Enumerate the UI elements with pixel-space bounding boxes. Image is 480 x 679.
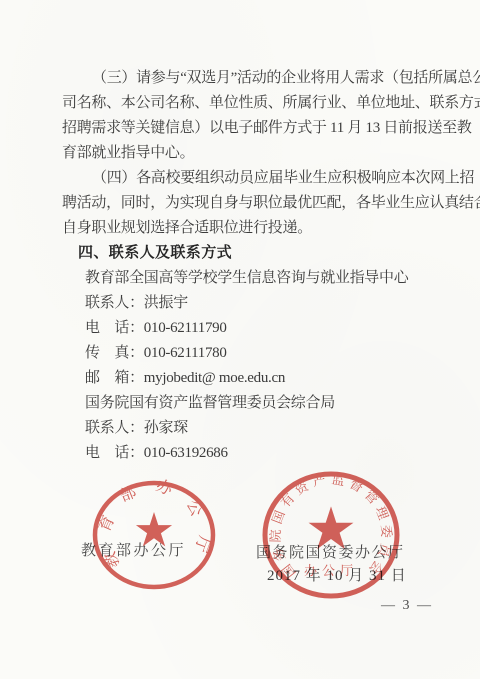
contact-phone-moe: 电 话：010-62111790 xyxy=(62,316,424,341)
section-heading: 四、联系人及联系方式 xyxy=(62,241,424,266)
paragraph-four-line: （四）各高校要组织动员应届毕业生应积极响应本次网上招 xyxy=(62,166,424,191)
contact-org-moe: 教育部全国高等学校学生信息咨询与就业指导中心 xyxy=(62,266,424,291)
contact-person-moe: 联系人：洪振宇 xyxy=(62,291,424,316)
document-body: （三）请参与“双选月”活动的企业将用人需求（包括所属总公 司名称、本公司名称、单… xyxy=(62,66,424,466)
scanned-document-page: （三）请参与“双选月”活动的企业将用人需求（包括所属总公 司名称、本公司名称、单… xyxy=(0,0,480,679)
paragraph-three-line: 育部就业指导中心。 xyxy=(62,141,424,166)
paragraph-four-line: 聘活动，同时，为实现自身与职位最优匹配，各毕业生应认真结合 xyxy=(62,191,424,216)
paragraph-three-line: 司名称、本公司名称、单位性质、所属行业、单位地址、联系方式与 xyxy=(62,91,424,116)
contact-phone-sasac: 电 话：010-63192686 xyxy=(62,441,424,466)
sasac-official-seal: 国务院国有资产监督管理委员会 办公厅 xyxy=(258,468,406,606)
seal-inner-text: 办公厅 xyxy=(304,563,358,578)
contact-org-sasac: 国务院国有资产监督管理委员会综合局 xyxy=(62,391,424,416)
contact-email-moe: 邮 箱：myjobedit@ moe.edu.cn xyxy=(62,366,424,391)
paragraph-four-line: 自身职业规划选择合适职位进行投递。 xyxy=(62,216,424,241)
seal-star-icon xyxy=(136,512,172,546)
moe-official-seal: 教育部办公厅 xyxy=(88,478,220,592)
contact-fax-moe: 传 真：010-62111780 xyxy=(62,341,424,366)
paragraph-three-line: 招聘需求等关键信息）以电子邮件方式于 11 月 13 日前报送至教 xyxy=(62,116,424,141)
paragraph-three-line: （三）请参与“双选月”活动的企业将用人需求（包括所属总公 xyxy=(62,66,424,91)
contact-person-sasac: 联系人：孙家琛 xyxy=(62,416,424,441)
seal-star-icon xyxy=(309,506,354,549)
